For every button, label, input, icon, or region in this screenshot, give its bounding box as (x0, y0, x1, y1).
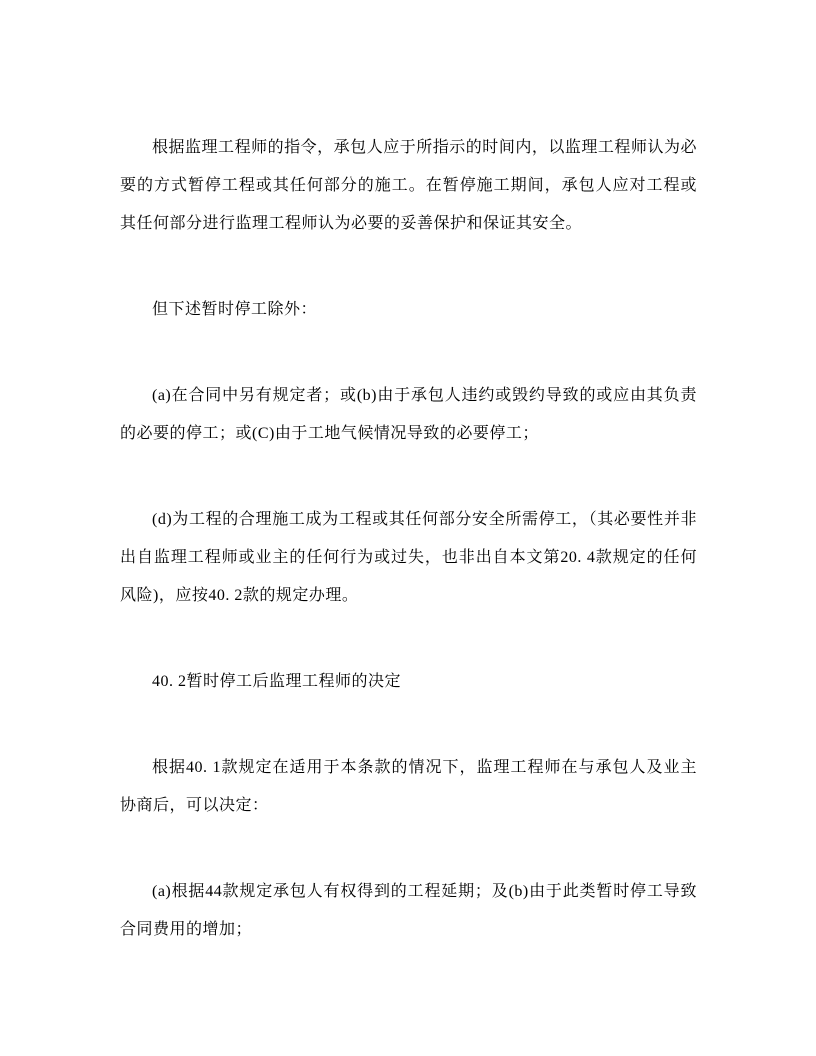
clause-heading-40-2: 40. 2暂时停工后监理工程师的决定 (120, 663, 697, 701)
paragraph-suspension-instruction: 根据监理工程师的指令，承包人应于所指示的时间内，以监理工程师认为必要的方式暂停工… (120, 129, 697, 243)
document-page: 根据监理工程师的指令，承包人应于所指示的时间内，以监理工程师认为必要的方式暂停工… (0, 0, 816, 1056)
paragraph-exceptions-a-b-c: (a)在合同中另有规定者；或(b)由于承包人违约或毁约导致的或应由其负责的必要的… (120, 377, 697, 453)
paragraph-exceptions-intro: 但下述暂时停工除外： (120, 291, 697, 329)
paragraph-engineer-decision: 根据40. 1款规定在适用于本条款的情况下，监理工程师在与承包人及业主协商后，可… (120, 749, 697, 825)
paragraph-exception-d: (d)为工程的合理施工成为工程或其任何部分安全所需停工，（其必要性并非出自监理工… (120, 501, 697, 615)
paragraph-decision-items-a-b: (a)根据44款规定承包人有权得到的工程延期；及(b)由于此类暂时停工导致合同费… (120, 873, 697, 949)
